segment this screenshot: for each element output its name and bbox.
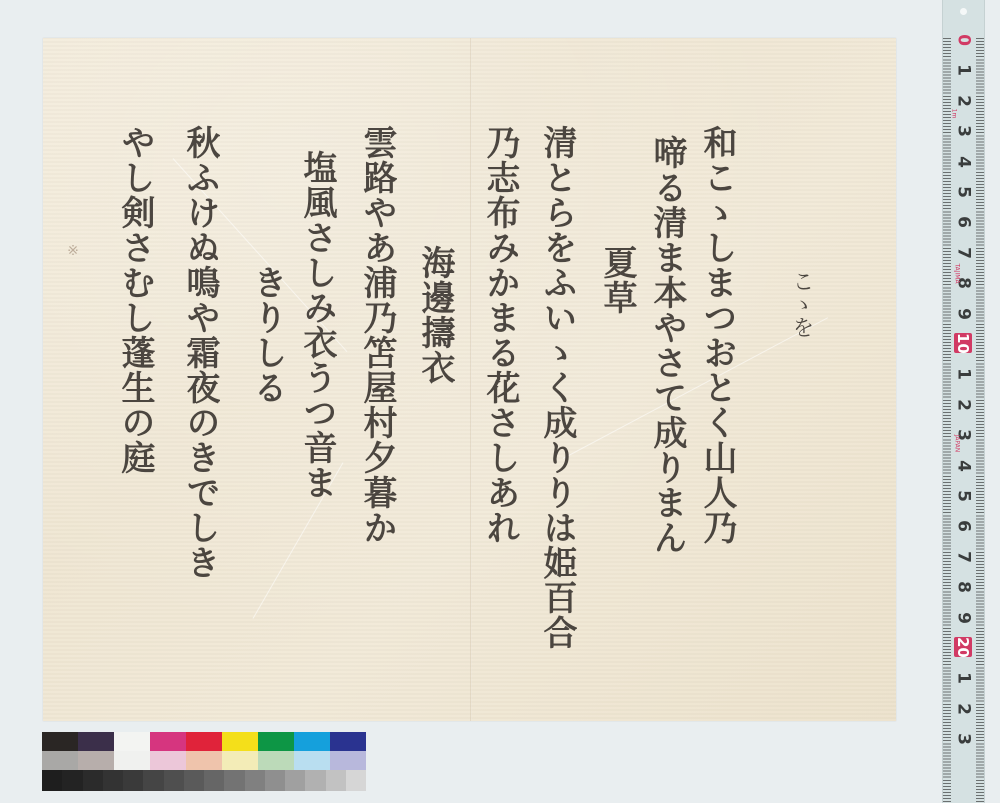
color-swatch	[150, 732, 186, 751]
ruler-number: 5	[954, 484, 974, 509]
ruler-number: 8	[954, 575, 974, 600]
grayscale-strip	[42, 770, 366, 791]
color-swatch	[42, 751, 78, 770]
ruler-number: 0	[954, 28, 974, 53]
calligraphy-column: きりしる	[250, 265, 284, 405]
ruler-brand-mark: TAJIMA	[954, 263, 961, 283]
color-swatch	[305, 770, 325, 791]
ruler-number: 5	[954, 180, 974, 205]
measuring-ruler: 01234567891012345678920123 1m TAJIMA JAP…	[942, 0, 985, 803]
color-swatch	[294, 732, 330, 751]
ruler-number: 7	[954, 544, 974, 569]
color-swatch	[62, 770, 82, 791]
calligraphy-column: 雲路やあ浦乃笘屋村夕暮か	[360, 125, 394, 545]
ruler-unit-mark: 1m	[950, 109, 957, 119]
calligraphy-column: 清とらをふいゝく成りりは姫百合	[540, 125, 574, 650]
ruler-number: 4	[954, 149, 974, 174]
color-swatch	[285, 770, 305, 791]
manuscript-paper: ※	[43, 38, 896, 721]
calligraphy-column: 和こゝしまつおとく山人乃	[700, 125, 734, 545]
color-swatch	[123, 770, 143, 791]
color-swatch	[184, 770, 204, 791]
ruler-number: 7	[954, 240, 974, 265]
ruler-number: 2	[954, 696, 974, 721]
color-swatch	[258, 751, 294, 770]
ruler-origin-mark: JAPAN	[953, 435, 960, 453]
color-swatch	[186, 751, 222, 770]
color-swatch	[114, 751, 150, 770]
ruler-number: 4	[954, 453, 974, 478]
ruler-number: 1	[954, 362, 974, 387]
color-swatch	[78, 732, 114, 751]
calligraphy-column: 塩風さしみ衣うつ音ま	[300, 150, 334, 500]
color-chart-top-row	[42, 732, 366, 751]
color-swatch	[164, 770, 184, 791]
color-swatch	[114, 732, 150, 751]
color-swatch	[265, 770, 285, 791]
color-swatch	[42, 732, 78, 751]
color-swatch	[330, 751, 366, 770]
calligraphy-column: 夏草	[600, 245, 634, 315]
color-chart-mid-row	[42, 751, 366, 770]
ruler-ticks-left	[943, 38, 951, 803]
color-swatch	[294, 751, 330, 770]
calligraphy-column: 啼る清ま本やさて成りまん	[650, 135, 684, 555]
color-swatch	[258, 732, 294, 751]
color-swatch	[245, 770, 265, 791]
color-swatch	[186, 732, 222, 751]
color-swatch	[42, 770, 62, 791]
color-swatch	[346, 770, 366, 791]
color-swatch	[103, 770, 123, 791]
calligraphy-column: 乃志布みかまる花さしあれ	[483, 125, 517, 545]
color-swatch	[330, 732, 366, 751]
ruler-number: 3	[954, 727, 974, 752]
ruler-number: 20	[954, 637, 972, 657]
ruler-number: 1	[954, 666, 974, 691]
color-swatch	[143, 770, 163, 791]
ruler-number: 9	[954, 605, 974, 630]
color-calibration-chart	[42, 732, 366, 792]
calligraphy-column: 海邊擣衣	[418, 245, 452, 385]
ink-stain: ※	[67, 243, 81, 265]
calligraphy-column: やし剣さむし蓬生の庭	[118, 125, 152, 475]
ruler-number: 3	[954, 119, 974, 144]
color-swatch	[204, 770, 224, 791]
color-swatch	[83, 770, 103, 791]
ruler-number: 6	[954, 210, 974, 235]
calligraphy-column: 秋ふけぬ鳴や霜夜のきでしき	[183, 125, 217, 580]
center-fold-line	[470, 38, 472, 721]
ruler-number: 2	[954, 392, 974, 417]
color-swatch	[222, 751, 258, 770]
ruler-ticks-right	[976, 38, 984, 803]
color-swatch	[326, 770, 346, 791]
color-swatch	[224, 770, 244, 791]
ruler-number: 9	[954, 301, 974, 326]
ruler-number: 1	[954, 58, 974, 83]
ruler-hole	[960, 8, 967, 15]
color-swatch	[150, 751, 186, 770]
ruler-number: 6	[954, 514, 974, 539]
color-swatch	[78, 751, 114, 770]
color-swatch	[222, 732, 258, 751]
ruler-number: 10	[954, 333, 972, 353]
calligraphy-column: こゝを	[790, 270, 812, 339]
